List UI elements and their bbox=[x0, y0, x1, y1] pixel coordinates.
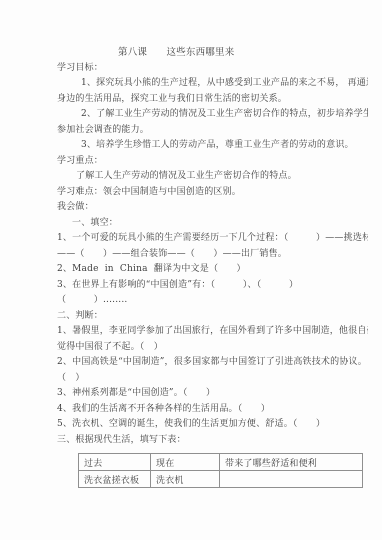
blank-q2: 2、Made in China 翻译为中文是（ ） bbox=[57, 262, 368, 278]
goal-1-line-2: 身边的生活用品，探究工业与我们日常生活的密切关系。 bbox=[57, 92, 368, 108]
judge-q5: 5、洗衣机、空调的诞生，使我们的生活更加方便、舒适。（ ） bbox=[57, 417, 368, 433]
practice-heading: 我会做： bbox=[57, 200, 368, 216]
judge-q3: 3、神州系列都是“中国创造”。（ ） bbox=[57, 386, 368, 402]
judge-q1-line-2: 觉得中国很了不起。（ ） bbox=[57, 340, 368, 356]
judge-q2-line-1: 2、中国高铁是“中国制造”，很多国家都与中国签订了引进高铁技术的协议。 bbox=[57, 355, 368, 371]
goal-3: 3、培养学生珍惜工人的劳动产品，尊重工业生产者的劳动的意识。 bbox=[57, 138, 368, 154]
table-header-benefit: 带来了哪些舒适和便利 bbox=[220, 454, 363, 471]
table-header-row: 过去 现在 带来了哪些舒适和便利 bbox=[79, 454, 363, 471]
table-cell-past: 洗衣盆搓衣板 bbox=[79, 471, 151, 488]
table-cell-now: 洗衣机 bbox=[151, 471, 220, 488]
page-title: 第八课 这些东西哪里来 bbox=[57, 45, 368, 61]
table-row: 洗衣盆搓衣板 洗衣机 bbox=[79, 471, 363, 488]
section-3-heading: 三、根据现代生活，填写下表： bbox=[57, 433, 368, 449]
worksheet-page: 第八课 这些东西哪里来 学习目标： 1、探究玩具小熊的生产过程，从中感受到工业产… bbox=[0, 0, 382, 540]
goal-2-line-2: 参加社会调查的能力。 bbox=[57, 123, 368, 139]
key-point-heading: 学习重点： bbox=[57, 154, 368, 170]
goal-2-line-1: 2、了解工业生产劳动的情况及工业生产密切合作的特点，初步培养学生 bbox=[57, 107, 368, 123]
table-header-past: 过去 bbox=[79, 454, 151, 471]
table-header-now: 现在 bbox=[151, 454, 220, 471]
blank-q3-line-2: （ ）........ bbox=[57, 293, 368, 309]
blank-q1-line-1: 1、一个可爱的玩具小熊的生产需要经历一下几个过程：（ ）——挑选材料 bbox=[57, 231, 368, 247]
section-1-heading: 一、填空： bbox=[57, 216, 368, 232]
key-point-text: 了解工人生产劳动的情况及工业生产密切合作的特点。 bbox=[57, 169, 368, 185]
goals-heading: 学习目标： bbox=[57, 61, 368, 77]
goal-1-line-1: 1、探究玩具小熊的生产过程，从中感受到工业产品的来之不易， 再通过 bbox=[57, 76, 368, 92]
worksheet-content: 第八课 这些东西哪里来 学习目标： 1、探究玩具小熊的生产过程，从中感受到工业产… bbox=[0, 0, 382, 488]
table-cell-benefit bbox=[220, 471, 363, 488]
blank-q3-line-1: 3、在世界上有影响的“中国创造”有：（ ）、（ ） bbox=[57, 278, 368, 294]
difficulty-heading: 学习难点：领会中国制造与中国创造的区别。 bbox=[57, 185, 368, 201]
judge-q2-line-2: （ ） bbox=[57, 371, 368, 387]
blank-q1-line-2: ——（ ）——组合装饰——（ ）——出厂销售。 bbox=[57, 247, 368, 263]
judge-q1-line-1: 1、暑假里，李亚同学参加了出国旅行，在国外看到了许多中国制造，他很自豪， bbox=[57, 324, 368, 340]
section-2-heading: 二、判断： bbox=[57, 309, 368, 325]
judge-q4: 4、我们的生活离不开各种各样的生活用品。（ ） bbox=[57, 402, 368, 418]
comparison-table: 过去 现在 带来了哪些舒适和便利 洗衣盆搓衣板 洗衣机 bbox=[78, 453, 363, 488]
